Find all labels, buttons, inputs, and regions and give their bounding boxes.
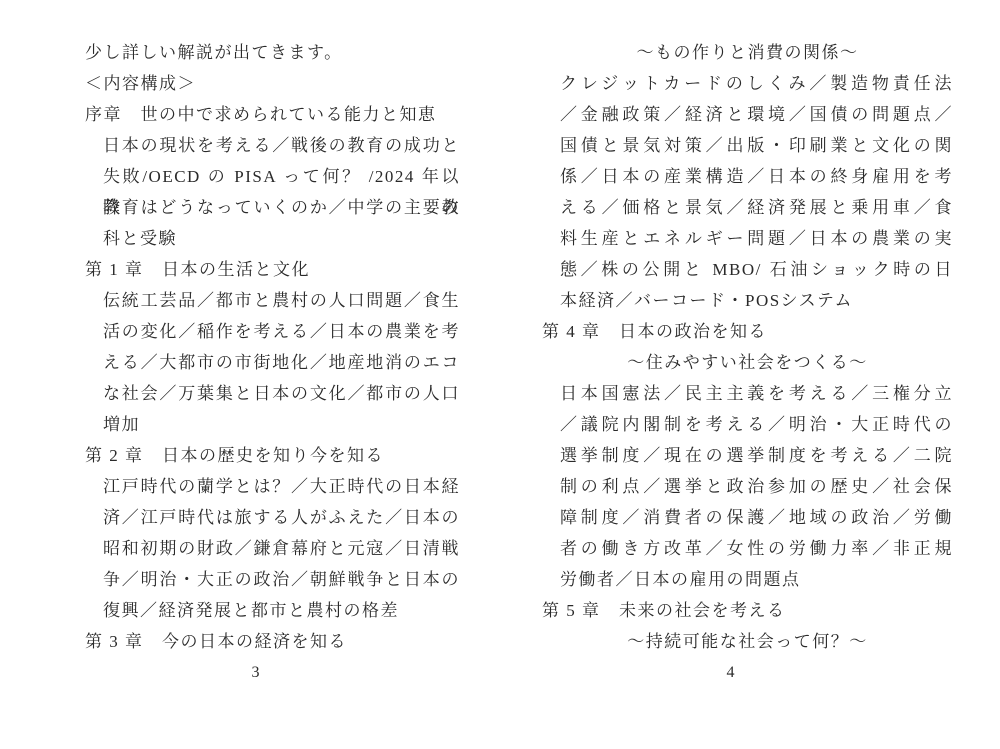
toc-body-line: 争／明治・大正の政治／朝鮮戦争と日本の: [85, 564, 460, 595]
chapter-heading: 第 1 章 日本の生活と文化: [85, 254, 460, 285]
toc-body-line: ／金融政策／経済と環境／国債の問題点／: [542, 99, 953, 130]
chapter-heading: 第 5 章 未来の社会を考える: [542, 595, 953, 626]
chapter-subtitle: ～持続可能な社会って何？～: [542, 626, 953, 657]
toc-body-line: 制の利点／選挙と政治参加の歴史／社会保: [542, 471, 953, 502]
toc-body-line: える／大都市の市街地化／地産地消のエコ: [85, 347, 460, 378]
toc-body-line: 日本国憲法／民主主義を考える／三権分立: [542, 378, 953, 409]
chapter-subtitle: ～もの作りと消費の関係～: [542, 37, 953, 68]
toc-body-line: 失敗/OECD の PISA って何？ /2024 年以降の: [85, 161, 460, 192]
toc-body-line: 昭和初期の財政／鎌倉幕府と元寇／日清戦: [85, 533, 460, 564]
chapter-heading: 第 3 章 今の日本の経済を知る: [85, 626, 460, 657]
toc-body-line: 本経済／バーコード・POSシステム: [542, 285, 953, 316]
toc-body-line: クレジットカードのしくみ／製造物責任法: [542, 68, 953, 99]
left-page: 少し詳しい解説が出てきます。 ＜内容構成＞ 序章 世の中で求められている能力と知…: [85, 37, 460, 688]
intro-line: 少し詳しい解説が出てきます。: [85, 37, 460, 68]
toc-body-line: 伝統工芸品／都市と農村の人口問題／食生: [85, 285, 460, 316]
toc-body-line: な社会／万葉集と日本の文化／都市の人口: [85, 378, 460, 409]
toc-body-line: える／価格と景気／経済発展と乗用車／食: [542, 192, 953, 223]
toc-body-line: 江戸時代の蘭学とは？／大正時代の日本経: [85, 471, 460, 502]
toc-body-line: 復興／経済発展と都市と農村の格差: [85, 595, 460, 626]
toc-body-line: 増加: [85, 409, 460, 440]
page-number: 4: [525, 657, 936, 688]
section-label: ＜内容構成＞: [85, 68, 460, 99]
toc-body-line: 係／日本の産業構造／日本の終身雇用を考: [542, 161, 953, 192]
chapter-subtitle: ～住みやすい社会をつくる～: [542, 347, 953, 378]
chapter-heading: 序章 世の中で求められている能力と知恵: [85, 99, 460, 130]
right-page: ～もの作りと消費の関係～ クレジットカードのしくみ／製造物責任法 ／金融政策／経…: [542, 37, 953, 688]
page-number: 3: [68, 657, 443, 688]
toc-body-line: 選挙制度／現在の選挙制度を考える／二院: [542, 440, 953, 471]
book-spread: 少し詳しい解説が出てきます。 ＜内容構成＞ 序章 世の中で求められている能力と知…: [0, 0, 1000, 749]
toc-body-line: 態／株の公開と MBO/ 石油ショック時の日: [542, 254, 953, 285]
chapter-heading: 第 4 章 日本の政治を知る: [542, 316, 953, 347]
toc-body-line: 日本の現状を考える／戦後の教育の成功と: [85, 130, 460, 161]
toc-body-line: ／議院内閣制を考える／明治・大正時代の: [542, 409, 953, 440]
toc-body-line: 障制度／消費者の保護／地域の政治／労働: [542, 502, 953, 533]
toc-body-line: 者の働き方改革／女性の労働力率／非正規: [542, 533, 953, 564]
toc-body-line: 科と受験: [85, 223, 460, 254]
toc-body-line: 活の変化／稲作を考える／日本の農業を考: [85, 316, 460, 347]
toc-body-line: 済／江戸時代は旅する人がふえた／日本の: [85, 502, 460, 533]
toc-body-line: 料生産とエネルギー問題／日本の農業の実: [542, 223, 953, 254]
toc-body-line: 労働者／日本の雇用の問題点: [542, 564, 953, 595]
toc-body-line: 国債と景気対策／出版・印刷業と文化の関: [542, 130, 953, 161]
toc-body-line: 教育はどうなっていくのか／中学の主要教: [85, 192, 460, 223]
chapter-heading: 第 2 章 日本の歴史を知り今を知る: [85, 440, 460, 471]
